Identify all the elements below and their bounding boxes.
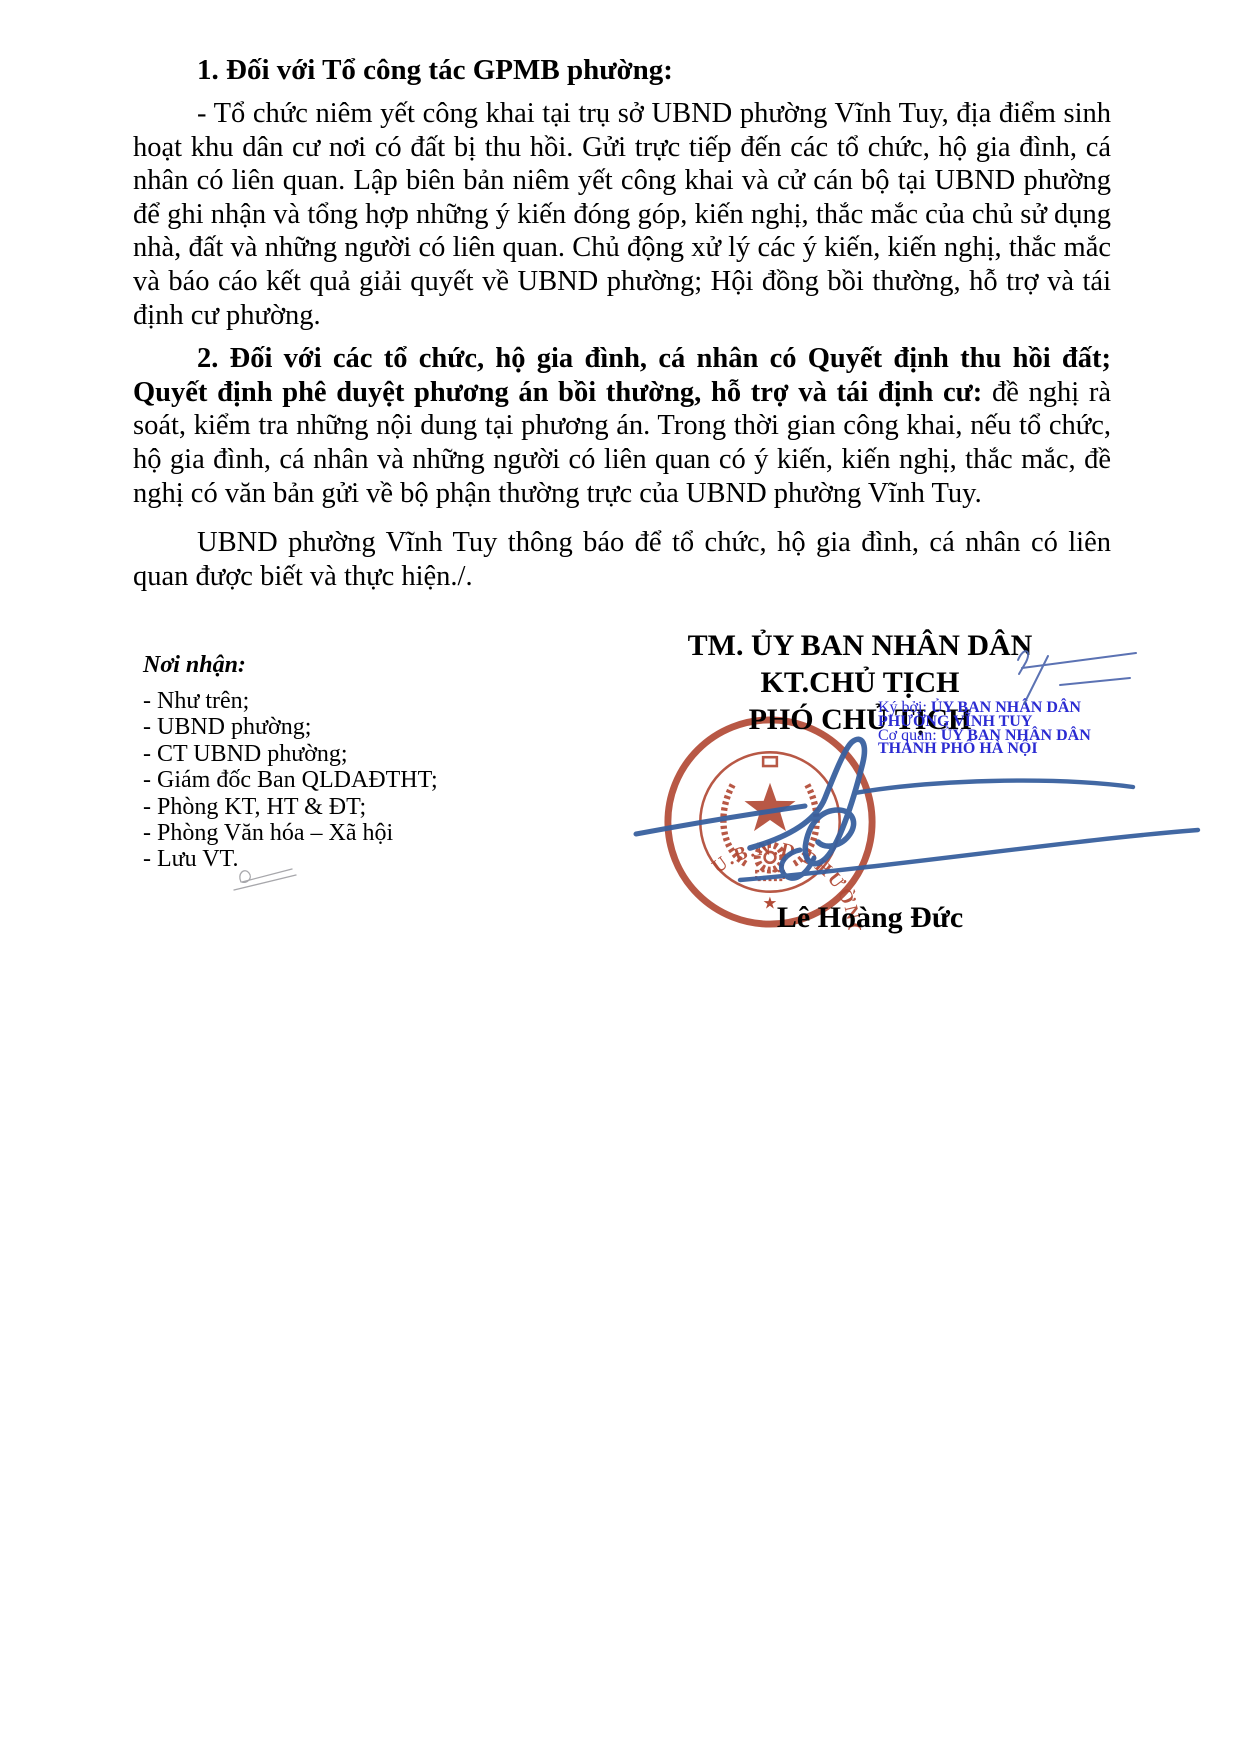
section-2-bold-lead: 2. Đối với các tổ chức, hộ gia đình, cá … bbox=[133, 343, 1111, 408]
section-1-paragraph: - Tổ chức niêm yết công khai tại trụ sở … bbox=[133, 97, 1111, 332]
recipient-item: - UBND phường; bbox=[143, 714, 563, 740]
pen-mark bbox=[1008, 638, 1143, 710]
recipient-item: - Như trên; bbox=[143, 688, 563, 714]
signature-top-stroke bbox=[855, 781, 1133, 793]
recipient-item: - Giám đốc Ban QLDAĐTHT; bbox=[143, 767, 563, 793]
recipients-block: Nơi nhận: - Như trên; - UBND phường; - C… bbox=[143, 652, 563, 873]
recipient-item: - Phòng KT, HT & ĐT; bbox=[143, 794, 563, 820]
recipient-item: - Phòng Văn hóa – Xã hội bbox=[143, 820, 563, 846]
recipient-item: - CT UBND phường; bbox=[143, 741, 563, 767]
section-2-paragraph: 2. Đối với các tổ chức, hộ gia đình, cá … bbox=[133, 342, 1111, 510]
document-page: 1. Đối với Tổ công tác GPMB phường: - Tổ… bbox=[0, 0, 1241, 1755]
signer-name: Lê Hoàng Đức bbox=[640, 900, 1100, 936]
recipient-item: - Lưu VT. bbox=[143, 846, 563, 872]
recipients-title: Nơi nhận: bbox=[143, 652, 563, 679]
section-1-heading: 1. Đối với Tổ công tác GPMB phường: bbox=[133, 52, 1111, 88]
closing-paragraph: UBND phường Vĩnh Tuy thông báo để tổ chứ… bbox=[133, 526, 1111, 593]
signature-lead-stroke bbox=[636, 806, 805, 834]
handwritten-signature bbox=[600, 718, 1240, 898]
pencil-mark bbox=[228, 858, 308, 894]
signature-flourish bbox=[750, 739, 864, 863]
document-body: 1. Đối với Tổ công tác GPMB phường: - Tổ… bbox=[133, 52, 1111, 603]
